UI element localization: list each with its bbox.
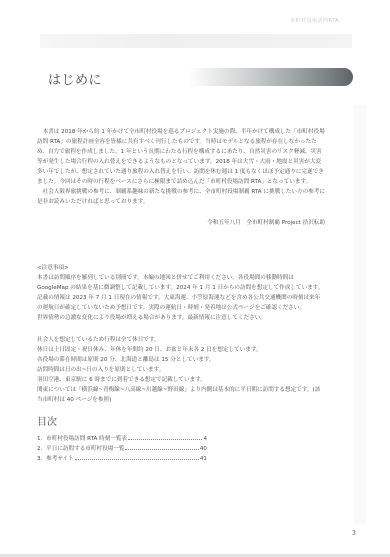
title-gradient-bar (188, 68, 353, 86)
toc-leader-dots (125, 449, 198, 450)
toc-item-label: 1．市町村役場訪問 RTA 時刻一覧表 (37, 434, 127, 444)
section-title-row: はじめに (48, 68, 353, 88)
signature: 令和五年八月 全市町村制覇 Project 渋沢転助 (37, 218, 325, 226)
intro-paragraph: 社会人限界旅挑戦の参考に、制覇系趣味の新たな挑戦の参考に、全市町村役場制覇 RT… (37, 187, 325, 207)
toc-item-label: 3．参考サイト (37, 454, 74, 464)
bleed-through-margin (354, 105, 366, 525)
condition-line: 社会人を想定しているため行程は全て休日です。 (37, 335, 325, 345)
condition-line: 関東については「横浜線~青梅線~八高線~川越線~野田線」より内側は基本的に平日朝… (37, 385, 325, 405)
condition-line: 各役場の滞在時間は原則 20 分、北海道と離島は 15 分としています。 (37, 355, 325, 365)
toc-leader-dots (75, 459, 199, 460)
table-of-contents: 1．市町村役場訪問 RTA 時刻一覧表 4 2．平日に訪問する市町村役場一覧 4… (37, 434, 207, 464)
page-number: 3 (352, 530, 356, 537)
toc-title: 目次 (37, 413, 57, 428)
bleed-through-band (40, 34, 352, 48)
intro-text: 本書は 2018 年から約 1 年かけて全市町村役場を巡るプロジェクト実施の際、… (37, 127, 325, 207)
notes-line: 世界情勢の急激な変化により役場が増える場合があります。最新情報に注意してください… (37, 313, 325, 323)
notes-heading: <注意事項> (37, 263, 325, 273)
toc-item-page: 40 (200, 444, 207, 454)
intro-paragraph: 本書は 2018 年から約 1 年かけて全市町村役場を巡るプロジェクト実施の際、… (37, 127, 325, 187)
toc-item[interactable]: 1．市町村役場訪問 RTA 時刻一覧表 4 (37, 434, 207, 444)
running-header: 市町村役場訪問RTA (290, 17, 339, 24)
toc-item-label: 2．平日に訪問する市町村役場一覧 (37, 444, 124, 454)
notes-line: 本書は訪問順序を羅列している別冊です。本編の地図と併せてご利用ください。各役場間… (37, 273, 325, 313)
toc-leader-dots (128, 439, 202, 440)
toc-item[interactable]: 3．参考サイト 41 (37, 454, 207, 464)
condition-line: 羽田空港、東京駅に 6 時までに到着できる想定で記載しています。 (37, 375, 325, 385)
toc-item-page: 41 (200, 454, 207, 464)
section-title: はじめに (48, 69, 102, 88)
notes-section: <注意事項> 本書は訪問順序を羅列している別冊です。本編の地図と併せてご利用くだ… (37, 263, 325, 323)
toc-item-page: 4 (203, 434, 207, 444)
conditions-section: 社会人を想定しているため行程は全て休日です。 休日は土日固定・祝日休み、年休を年… (37, 335, 325, 405)
condition-line: 訪問時間は日の出~日の入りを原則としています。 (37, 365, 325, 375)
condition-line: 休日は土日固定・祝日休み、年休を年間約 20 日、お盆と年末各 2 日を想定して… (37, 345, 325, 355)
toc-item[interactable]: 2．平日に訪問する市町村役場一覧 40 (37, 444, 207, 454)
